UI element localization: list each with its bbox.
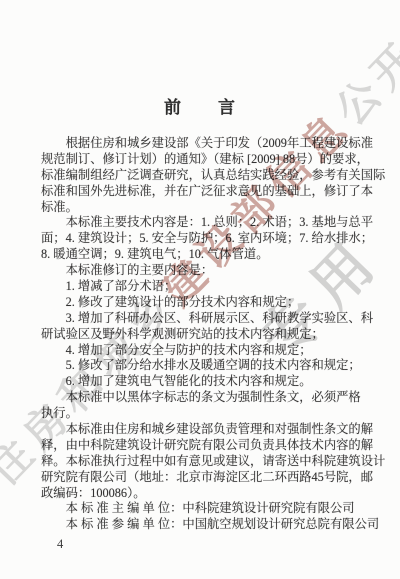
watermark-text-segment: 公开: [327, 30, 400, 135]
text-line: 5. 修改了部分给水排水及暖通空调的技术内容和规定；: [41, 358, 371, 374]
text-line: 根据住房和城乡建设部《关于印发（2009年工程建设标准: [41, 136, 371, 152]
text-line: 研究院有限公司（地址：北京市海淀区北二环西路45号院，邮: [41, 470, 371, 486]
text-line: 释。本标准执行过程中如有意见或建议，请寄送中科院建筑设计: [41, 454, 371, 470]
text-line: 本标准由住房和城乡建设部负责管理和对强制性条文的解: [41, 422, 371, 438]
text-line: 标准。: [41, 200, 371, 216]
text-line: 本标准主要技术内容是：1. 总则；2. 术语；3. 基地与总平: [41, 215, 371, 231]
text-line: 6. 增加了建筑电气智能化的技术内容和规定。: [41, 374, 371, 390]
text-line: 标准编制组经广泛调查研究，认真总结实践经验，参考有关国际: [41, 168, 371, 184]
text-line: 1. 增减了部分术语；: [41, 279, 371, 295]
page-number: 4: [57, 537, 63, 552]
text-line: 3. 增加了科研办公区、科研展示区、科研教学实验区、科: [41, 311, 371, 327]
text-line: 政编码：100086）。: [41, 486, 371, 502]
text-line: 规范制订、修订计划）的通知》（建标 [2009] 88号）的要求，: [41, 152, 371, 168]
text-line: 本 标 准 主 编 单 位：中科院建筑设计研究院有限公司: [41, 501, 371, 517]
text-line: 标准和国外先进标准，并在广泛征求意见的基础上，修订了本: [41, 184, 371, 200]
body-text: 根据住房和城乡建设部《关于印发（2009年工程建设标准规范制订、修订计划）的通知…: [41, 136, 371, 533]
text-line: 本标准中以黑体字标志的条文为强制性条文，必须严格: [41, 390, 371, 406]
text-line: 本 标 准 参 编 单 位：中国航空规划设计研究总院有限公司: [41, 517, 371, 533]
text-line: 面；4. 建筑设计；5. 安全与防护；6. 室内环境；7. 给水排水；: [41, 231, 371, 247]
text-line: 本标准修订的主要内容是：: [41, 263, 371, 279]
text-line: 8. 暖通空调；9. 建筑电气；10. 气体管道。: [41, 247, 371, 263]
text-line: 研试验区及野外科学观测研究站的技术内容和规定；: [41, 327, 371, 343]
preface-title: 前 言: [0, 93, 400, 118]
text-line: 2. 修改了建筑设计的部分技术内容和规定；: [41, 295, 371, 311]
text-line: 释，由中科院建筑设计研究院有限公司负责具体技术内容的解: [41, 438, 371, 454]
text-line: 4. 增加了部分安全与防护的技术内容和规定；: [41, 343, 371, 359]
document-page: 前 言 根据住房和城乡建设部《关于印发（2009年工程建设标准规范制订、修订计划…: [0, 0, 400, 579]
text-line: 执行。: [41, 406, 371, 422]
